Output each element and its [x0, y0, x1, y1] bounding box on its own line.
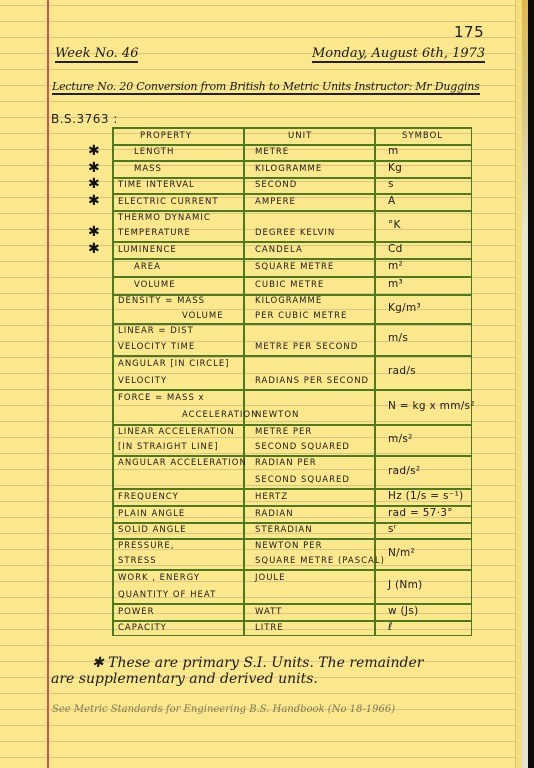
table-cell-property: QUANTITY OF HEAT [118, 590, 216, 600]
table-cell-symbol: rad/s [388, 365, 416, 377]
table-row-rule [112, 620, 472, 622]
table-cell-property: ACCELERATION [182, 410, 258, 420]
table-cell-unit: RADIAN PER [255, 458, 317, 468]
table-cell-unit: CANDELA [255, 245, 303, 255]
table-cell-property: LINEAR ACCELERATION [118, 427, 235, 437]
table-cell-unit: AMPERE [255, 197, 296, 207]
page-stack-edge [522, 0, 528, 768]
table-cell-property: LINEAR = DIST [118, 326, 194, 336]
table-row-rule [112, 241, 472, 243]
table-row-rule [112, 210, 472, 212]
table-cell-unit: SQUARE METRE (PASCAL) [255, 556, 385, 566]
table-header-unit: UNIT [288, 131, 312, 141]
table-row-rule [112, 258, 472, 260]
table-header-property: PROPERTY [140, 131, 192, 141]
table-cell-property: SOLID ANGLE [118, 525, 186, 535]
table-cell-property: CAPACITY [118, 623, 167, 633]
table-cell-property: LENGTH [134, 147, 174, 157]
table-cell-property: VELOCITY [118, 376, 167, 386]
table-cell-property: MASS [134, 164, 162, 174]
table-row-rule [112, 389, 472, 391]
table-cell-symbol: sʳ [388, 523, 397, 535]
table-cell-property: STRESS [118, 556, 157, 566]
table-cell-property: PLAIN ANGLE [118, 509, 185, 519]
table-cell-unit: WATT [255, 607, 282, 617]
table-cell-property: TIME INTERVAL [118, 180, 195, 190]
margin-line [47, 0, 49, 768]
table-cell-property: LUMINENCE [118, 245, 177, 255]
table-cell-unit: RADIAN [255, 509, 294, 519]
table-row-rule [112, 193, 472, 195]
table-cell-symbol: N = kg x mm/s² [388, 400, 475, 412]
table-cell-unit: DEGREE KELVIN [255, 228, 335, 238]
table-cell-unit: CUBIC METRE [255, 280, 324, 290]
table-cell-property: VOLUME [182, 311, 224, 321]
table-row-rule [112, 569, 472, 571]
table-cell-property: WORK , ENERGY [118, 573, 200, 583]
table-cell-unit: STERADIAN [255, 525, 313, 535]
table-cell-unit: METRE PER [255, 427, 312, 437]
primary-unit-marker: ✱ [88, 160, 100, 176]
table-cell-symbol: m² [388, 260, 403, 272]
table-cell-property: POWER [118, 607, 155, 617]
table-row-rule [112, 455, 472, 457]
primary-unit-marker: ✱ [88, 241, 100, 257]
table-cell-unit: SECOND SQUARED [255, 442, 350, 452]
table-cell-unit: RADIANS PER SECOND [255, 376, 369, 386]
table-column-rule [243, 127, 245, 636]
table-cell-symbol: N/m² [388, 547, 415, 559]
primary-unit-marker: ✱ [88, 224, 100, 240]
table-cell-symbol: m³ [388, 278, 403, 290]
table-cell-symbol: Cd [388, 243, 403, 255]
table-cell-property: VELOCITY TIME [118, 342, 195, 352]
page-number: 175 [454, 23, 484, 41]
units-table: PROPERTYUNITSYMBOLLENGTHMETREmMASSKILOGR… [112, 127, 472, 636]
table-cell-unit: METRE PER SECOND [255, 342, 358, 352]
table-cell-symbol: rad/s² [388, 465, 420, 477]
table-row-rule [112, 635, 472, 637]
reference-note: See Metric Standards for Engineering B.S… [52, 704, 395, 715]
table-row-rule [112, 355, 472, 357]
date-heading: Monday, August 6th, 1973 [312, 46, 485, 63]
table-cell-symbol: m/s [388, 332, 408, 344]
table-cell-property: TEMPERATURE [118, 228, 191, 238]
primary-unit-marker: ✱ [88, 176, 100, 192]
table-cell-symbol: s [388, 178, 394, 190]
table-cell-property: AREA [134, 262, 161, 272]
table-cell-symbol: m [388, 145, 399, 157]
table-header-symbol: SYMBOL [402, 131, 443, 141]
table-cell-symbol: Kg/m³ [388, 302, 421, 314]
table-cell-unit: JOULE [255, 573, 286, 583]
lecture-heading: Lecture No. 20 Conversion from British t… [52, 80, 480, 95]
table-cell-unit: SECOND SQUARED [255, 475, 350, 485]
table-cell-property: THERMO DYNAMIC [118, 213, 211, 223]
footnote-line-1: ✱ These are primary S.I. Units. The rema… [92, 655, 423, 671]
table-cell-unit: SQUARE METRE [255, 262, 334, 272]
primary-unit-marker: ✱ [88, 143, 100, 159]
table-cell-symbol: J (Nm) [388, 579, 423, 591]
table-cell-unit: LITRE [255, 623, 284, 633]
table-cell-property: FREQUENCY [118, 492, 179, 502]
table-cell-property: ELECTRIC CURRENT [118, 197, 219, 207]
table-cell-symbol: ℓ [388, 621, 393, 633]
table-row-rule [112, 127, 472, 129]
table-cell-symbol: Hz (1/s = s⁻¹) [388, 490, 464, 502]
table-cell-unit: NEWTON PER [255, 541, 322, 551]
table-cell-symbol: rad = 57·3° [388, 507, 453, 519]
table-cell-unit: KILOGRAMME [255, 164, 322, 174]
table-row-rule [112, 424, 472, 426]
table-cell-unit: HERTZ [255, 492, 288, 502]
table-cell-property: ANGULAR ACCELERATION [118, 458, 247, 468]
table-row-rule [112, 538, 472, 540]
table-cell-property: PRESSURE, [118, 541, 174, 551]
table-row-rule [112, 144, 472, 146]
table-cell-unit: METRE [255, 147, 289, 157]
table-cell-symbol: A [388, 195, 395, 207]
table-cell-property: VOLUME [134, 280, 176, 290]
table-cell-symbol: °K [388, 219, 401, 231]
table-cell-unit: NEWTON [255, 410, 299, 420]
table-cell-unit: SECOND [255, 180, 297, 190]
table-row-rule [112, 177, 472, 179]
table-column-rule [112, 127, 114, 636]
table-cell-symbol: m/s² [388, 433, 413, 445]
table-row-rule [112, 522, 472, 524]
table-cell-unit: PER CUBIC METRE [255, 311, 347, 321]
table-row-rule [112, 323, 472, 325]
table-cell-property: [IN STRAIGHT LINE] [118, 442, 219, 452]
footnote-line-2: are supplementary and derived units. [51, 671, 318, 687]
table-cell-property: FORCE = MASS x [118, 393, 205, 403]
table-cell-symbol: Kg [388, 162, 402, 174]
standard-reference: B.S.3763 : [51, 112, 118, 126]
table-row-rule [112, 276, 472, 278]
table-column-rule [471, 127, 473, 636]
table-cell-symbol: w (Js) [388, 605, 419, 617]
primary-unit-marker: ✱ [88, 193, 100, 209]
table-cell-unit: KILOGRAMME [255, 296, 322, 306]
table-cell-property: DENSITY = MASS [118, 296, 205, 306]
week-heading: Week No. 46 [55, 46, 138, 63]
table-row-rule [112, 160, 472, 162]
table-cell-property: ANGULAR [IN CIRCLE] [118, 359, 230, 369]
